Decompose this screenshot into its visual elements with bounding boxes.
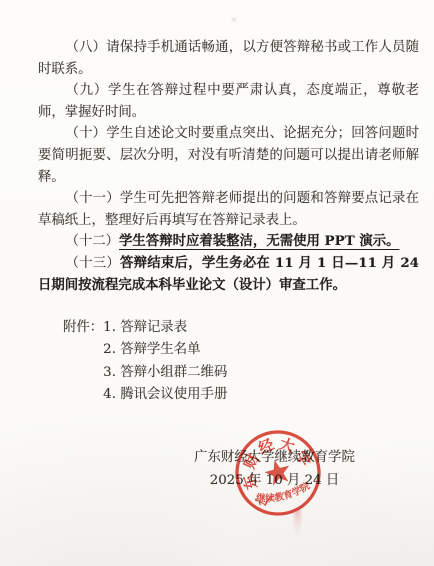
document-page: （八）请保持手机通话畅通，以方便答辩秘书或工作人员随时联系。 （九）学生在答辩过… xyxy=(0,0,434,566)
clause-11-number: （十一） xyxy=(65,191,119,206)
seal-ink-smudge xyxy=(294,509,301,537)
clause-8-number: （八） xyxy=(65,40,106,55)
clause-12-emphasized-text: 学生答辩时应着装整洁，无需使用 PPT 演示。 xyxy=(119,233,399,249)
attachment-item-4: 4. 腾讯会议使用手册 xyxy=(103,384,227,406)
official-seal-stamp: 广东财经大学 继续教育学院 xyxy=(216,411,340,535)
clause-12-number: （十二） xyxy=(65,234,119,249)
attachments-block: 附件： 1. 答辩记录表 2. 答辩学生名单 3. 答辩小组群二维码 4. 腾讯… xyxy=(63,317,419,406)
clause-9-number: （九） xyxy=(65,83,108,98)
clause-13-number: （十三） xyxy=(65,256,120,271)
clause-9: （九）学生在答辩过程中要严肃认真，态度端正，尊敬老师，掌握好时间。 xyxy=(38,80,419,123)
clause-13: （十三）答辩结束后，学生务必在 11 月 1 日—11 月 24 日期间按流程完… xyxy=(38,253,419,296)
attachment-item-3: 3. 答辩小组群二维码 xyxy=(103,362,227,384)
svg-text:大: 大 xyxy=(277,435,297,457)
clause-11: （十一）学生可先把答辩老师提出的问题和答辩要点记录在草稿纸上，整理好后再填写在答… xyxy=(38,188,419,231)
attachment-item-1: 1. 答辩记录表 xyxy=(103,317,227,339)
svg-text:东: 东 xyxy=(240,472,262,492)
attachments-label: 附件： xyxy=(63,317,103,406)
clause-12: （十二）学生答辩时应着装整洁，无需使用 PPT 演示。 xyxy=(38,231,419,253)
attachments-list: 1. 答辩记录表 2. 答辩学生名单 3. 答辩小组群二维码 4. 腾讯会议使用… xyxy=(103,317,227,406)
seal-star-icon xyxy=(262,457,293,487)
clause-8: （八）请保持手机通话畅通，以方便答辩秘书或工作人员随时联系。 xyxy=(38,37,419,80)
clause-10-number: （十） xyxy=(65,126,106,141)
scan-speck xyxy=(232,18,236,21)
notice-body: （八）请保持手机通话畅通，以方便答辩秘书或工作人员随时联系。 （九）学生在答辩过… xyxy=(38,37,419,406)
attachment-item-2: 2. 答辩学生名单 xyxy=(103,339,227,361)
clause-10: （十）学生自述论文时要重点突出、论据充分；回答问题时要简明扼要、层次分明，对没有… xyxy=(38,123,419,188)
